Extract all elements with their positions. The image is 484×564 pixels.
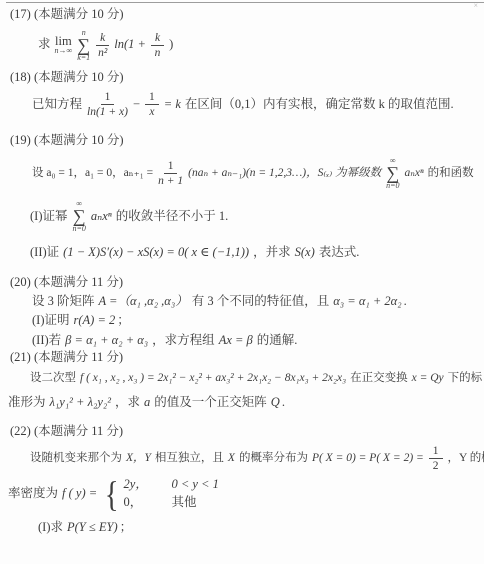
question-20-heading: (20) (本题满分 11 分)	[10, 275, 484, 291]
q20-alpha-relation: α₃ = α₁ + 2α₂	[333, 294, 401, 310]
q20-system-equation: Ax = β	[219, 333, 253, 349]
q22-part1-punct: ；	[120, 520, 133, 536]
q19-part1-label: (I)证幂	[30, 209, 68, 225]
q22-case1-condition: 0 < y < 1	[171, 477, 218, 493]
q22-frac-numerator: 1	[429, 445, 443, 459]
q19-frac-numerator: 1	[164, 160, 178, 174]
q17-formula: 求 lim n→∞ n ∑ k=1 k n² ln(1 + k n )	[36, 29, 484, 62]
q22-var-x: X	[228, 451, 235, 465]
q19-part2-label: (II)证	[30, 245, 59, 261]
q22-density-pre: 率密度为	[8, 486, 58, 502]
page-top-rule	[6, 2, 484, 3]
q19-setup-pre: 设 a₀ = 1，a₁ = 0，aₙ₊₁ =	[32, 166, 153, 180]
minus-sign: −	[133, 97, 140, 113]
q19-part2-equation: (1 − X)S′(x) − xS(x) = 0( x ∈ (−1,1))	[63, 245, 249, 261]
q20-part2-mid-text: ，求方程组	[152, 333, 215, 349]
q22-vars-xy: X，Y	[126, 451, 151, 465]
q19-setup: 设 a₀ = 1，a₁ = 0，aₙ₊₁ = 1 n + 1 (naₙ + aₙ…	[30, 157, 484, 190]
q19-sum-lower: n=0	[386, 182, 399, 190]
q19-part1-summation: ∞ ∑ n=0	[73, 200, 86, 233]
question-18-heading: (18) (本题满分 10 分)	[10, 70, 484, 86]
q17-frac2-denominator: n	[155, 46, 161, 59]
q19-part1: (I)证幂 ∞ ∑ n=0 aₙxⁿ 的收敛半径不小于 1.	[28, 200, 484, 233]
q18-fraction-2: 1 x	[145, 91, 159, 118]
q22-case-1: 2y， 0 < y < 1	[123, 477, 218, 493]
q17-ln-term: ln(1 +	[114, 37, 146, 53]
question-19-heading: (19) (本题满分 10 分)	[10, 133, 484, 149]
q20-part2: (II)若 β = α₁ + α₂ + α₃ ，求方程组 Ax = β 的通解.	[30, 333, 484, 349]
q18-frac2-denominator: x	[149, 105, 154, 118]
q19-setup-post: 的和函数	[428, 166, 474, 180]
q21-post-text: 下的标	[448, 371, 483, 385]
q21-period: .	[282, 395, 285, 411]
q22-mid-text: 相互独立，且	[155, 451, 224, 465]
q21-mid-text: 在正交变换	[350, 371, 408, 385]
q21-line2: 准形为 λ₁y₁² + λ₂y₂² ，求 a 的值及一个正交矩阵 Q .	[6, 395, 484, 411]
q20-part1: (I)证明 r(A) = 2 ；	[30, 313, 484, 329]
q17-fraction-1: k n²	[96, 32, 109, 59]
q21-line1: 设二次型 f ( x₁ , x₂ , x₃ ) = 2x₁² − x₂² + a…	[28, 371, 484, 385]
q22-post-text: ，Y 的概	[448, 451, 484, 465]
q18-frac1-numerator: 1	[101, 91, 115, 105]
q18-post-text: 在区间（0,1）内有实根，确定常数 k 的取值范围.	[185, 97, 454, 113]
q18-equals-k: = k	[164, 97, 181, 113]
question-22-heading: (22) (本题满分 11 分)	[10, 424, 484, 440]
q20-part2-post-text: 的通解.	[257, 333, 298, 349]
q22-cases: 2y， 0 < y < 1 0， 其他	[123, 477, 218, 510]
q20-rank-equation: r(A) = 2	[74, 313, 116, 329]
q21-line2-mid: ，求	[115, 395, 140, 411]
q17-prefix: 求	[38, 37, 51, 53]
q21-canonical-form: λ₁y₁² + λ₂y₂²	[50, 395, 112, 411]
q20-matrix-def: A =（α₁ ,α₂ ,α₃）	[99, 294, 188, 310]
q22-piecewise-function: { 2y， 0 < y < 1 0， 其他	[103, 476, 219, 512]
q17-sum-lower: k=1	[77, 54, 90, 62]
q22-pre-text: 设随机变来那个为	[30, 451, 122, 465]
q21-quadratic-form: f ( x₁ , x₂ , x₃ ) = 2x₁² − x₂² + ax₃² +…	[80, 371, 346, 385]
q17-close-paren: )	[169, 37, 173, 53]
q22-mid-text-2: 的概率分布为	[239, 451, 308, 465]
q20-beta-def: β = α₁ + α₂ + α₃	[65, 333, 148, 349]
q19-recurrence: (naₙ + aₙ₋₁)(n = 1,2,3…)，S₍ₓ₎ 为幂级数	[188, 166, 381, 180]
q19-part2-sx: S(x)	[295, 245, 315, 261]
q22-case2-condition: 其他	[171, 495, 196, 511]
q22-part1-label: (I)求	[38, 520, 63, 536]
q21-line2-pre: 准形为	[8, 395, 46, 411]
q19-summation: ∞ ∑ n=0	[386, 157, 399, 190]
q18-formula: 已知方程 1 ln(1 + x) − 1 x = k 在区间（0,1）内有实根，…	[30, 91, 484, 118]
q20-setup: 设 3 阶矩阵 A =（α₁ ,α₂ ,α₃） 有 3 个不同的特征值，且 α₃…	[30, 294, 484, 310]
q19-part2-post-text: 表达式.	[319, 245, 360, 261]
q21-transform: x = Qy	[412, 371, 444, 385]
q22-density-fy: f ( y) =	[62, 486, 97, 502]
q19-part1-series-term: aₙxⁿ	[91, 209, 112, 225]
q20-setup-pre: 设 3 阶矩阵	[32, 294, 95, 310]
q19-series-term: aₙxⁿ	[405, 166, 424, 180]
q22-probability-eq: P( X = 0) = P( X = 2) =	[312, 451, 424, 465]
question-21-heading: (21) (本题满分 11 分)	[10, 350, 484, 366]
corner-artifact: ×	[473, 1, 478, 11]
q19-part1-text: 的收敛半径不小于 1.	[116, 209, 229, 225]
q17-frac1-numerator: k	[96, 32, 109, 46]
q17-lim-subscript: n→∞	[55, 47, 73, 55]
q22-case1-value: 2y，	[123, 477, 159, 493]
q22-case-2: 0， 其他	[123, 495, 218, 511]
q19-fraction: 1 n + 1	[158, 160, 183, 187]
q18-frac1-denominator: ln(1 + x)	[87, 105, 128, 118]
q22-frac-denominator: 2	[433, 459, 439, 472]
sigma-symbol: ∑	[386, 165, 399, 182]
sigma-symbol: ∑	[73, 208, 86, 225]
left-brace: {	[105, 476, 119, 512]
q17-fraction-2: k n	[151, 32, 164, 59]
q18-fraction-1: 1 ln(1 + x)	[87, 91, 128, 118]
q22-line1: 设随机变来那个为 X，Y 相互独立，且 X 的概率分布为 P( X = 0) =…	[28, 445, 484, 472]
q22-half-fraction: 1 2	[429, 445, 443, 472]
q17-limit: lim n→∞	[55, 35, 73, 56]
q19-frac-denominator: n + 1	[158, 174, 183, 187]
q20-setup-mid: 有 3 个不同的特征值，且	[192, 294, 330, 310]
q20-part1-label: (I)证明	[32, 313, 70, 329]
q22-part1-probability: P(Y ≤ EY)	[67, 520, 118, 536]
q22-case2-value: 0，	[123, 495, 159, 511]
q17-frac1-denominator: n²	[98, 46, 107, 59]
q20-period: .	[404, 294, 407, 310]
q19-part2: (II)证 (1 − X)S′(x) − xS(x) = 0( x ∈ (−1,…	[28, 245, 484, 261]
q21-matrix-q: Q	[271, 395, 280, 411]
q20-part1-punct: ；	[117, 313, 130, 329]
q18-frac2-numerator: 1	[145, 91, 159, 105]
q19-part1-sum-lower: n=0	[73, 225, 86, 233]
q18-pre-text: 已知方程	[32, 97, 82, 113]
sigma-symbol: ∑	[77, 37, 90, 54]
q20-part2-label: (II)若	[32, 333, 61, 349]
q21-var-a: a	[144, 395, 150, 411]
q21-line2-post: 的值及一个正交矩阵	[154, 395, 267, 411]
q19-part2-mid-text: ，并求	[253, 245, 291, 261]
q17-frac2-numerator: k	[151, 32, 164, 46]
q21-pre-text: 设二次型	[30, 371, 76, 385]
question-17-heading: (17) (本题满分 10 分)	[10, 0, 484, 23]
q22-line2: 率密度为 f ( y) = { 2y， 0 < y < 1 0， 其他	[6, 476, 484, 512]
q22-part1: (I)求 P(Y ≤ EY) ；	[36, 520, 484, 536]
q17-summation: n ∑ k=1	[77, 29, 90, 62]
